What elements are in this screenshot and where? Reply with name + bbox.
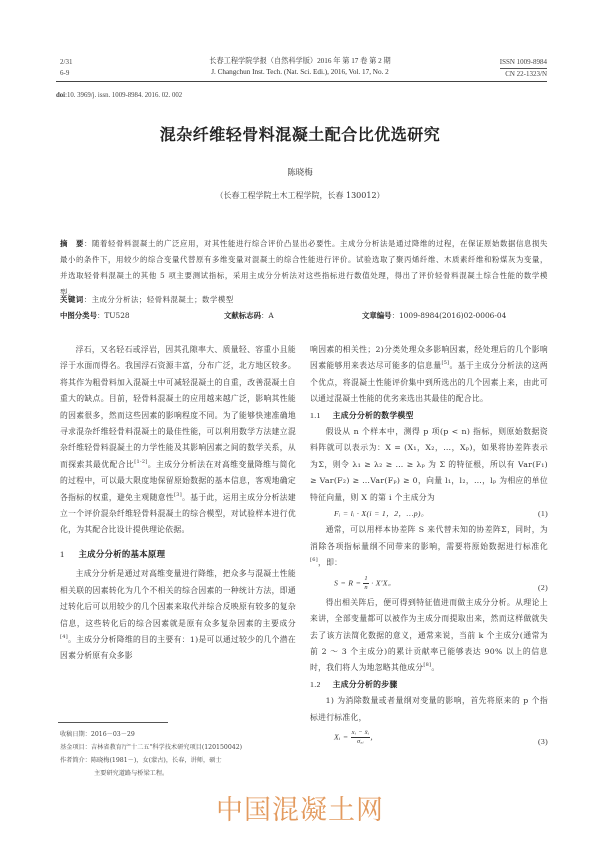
subsection-heading-1-2: 1.2主成分分析的步骤 xyxy=(310,677,548,693)
section1-paragraph: 主成分分析是通过对高维变量进行降维，把众多与混凝土性能相关联的因素转化为几个不相… xyxy=(60,566,296,664)
keywords-label: 关键词 xyxy=(60,295,84,304)
body-column-left: 浮石，又名轻石或浮岩，因其孔隙率大、质量轻、容重小且能浮于水面而得名。我国浮石资… xyxy=(60,342,296,665)
equation-body: Fᵢ = lᵢ · X(i = 1，2，…p)。 xyxy=(334,509,429,518)
clc-label: 中图分类号 xyxy=(60,311,97,320)
citation: [1-2] xyxy=(134,459,147,465)
paragraph-text: 1) 为消除数量或者量纲对变量的影响，首先将原来的 p 个指标进行标准化， xyxy=(310,696,548,721)
paragraph-text: 通常，可以用样本协差阵 S 来代替未知的协差阵Σ，同时，为消除各项指标量纲不同带… xyxy=(310,525,548,550)
keywords: 关键词：主成分分析法；轻骨料混凝土；数学模型 xyxy=(60,294,548,305)
header-page-codes: 2/31 6-9 xyxy=(60,57,72,79)
clc-value: ：TU528 xyxy=(97,311,130,320)
paragraph: 1) 为消除数量或者量纲对变量的影响，首先将原来的 p 个指标进行标准化， xyxy=(310,693,548,726)
clc-number: 中图分类号：TU528 xyxy=(60,310,130,321)
equation-rhs: ， xyxy=(370,732,378,741)
equation-rhs: · X′X。 xyxy=(369,578,396,587)
paragraph-text: 。 xyxy=(431,663,439,672)
header-code-1: 2/31 xyxy=(60,57,72,68)
author-name: 陈晓梅 xyxy=(0,166,600,178)
author-bio-continued: 主要研究道路与桥梁工程。 xyxy=(60,767,300,780)
author-affiliation: （长春工程学院土木工程学院，长春 130012） xyxy=(0,190,600,201)
equation-lhs: S = R = xyxy=(334,578,363,587)
author-bio: 作者简介：陈晓梅(1981－)，女(蒙古)，长春，讲师，硕士 xyxy=(60,754,300,767)
doc-code-value: ：A xyxy=(261,311,274,320)
journal-name-en: J. Changchun Inst. Tech. (Nat. Sci. Edi.… xyxy=(150,67,450,78)
equation-2: S = R = 1n · X′X。(2) xyxy=(310,575,548,592)
received-date: 收稿日期：2016－03－29 xyxy=(60,728,300,741)
doi-value: :10. 3969/j. issn. 1009-8984. 2016. 02. … xyxy=(65,92,182,99)
section1-text-a: 主成分分析是通过对高维变量进行降维，把众多与混凝土性能相关联的因素转化为几个不相… xyxy=(60,569,296,627)
paragraph-text: 假设从 n 个样本中，测得 p 项(p < n) 指标，则原始数据资料阵就可以表… xyxy=(310,427,548,502)
abstract: 摘 要：随着轻骨料混凝土的广泛应用，对其性能进行综合评价凸显出必要性。主成分分析… xyxy=(60,236,548,301)
equation-1: Fᵢ = lᵢ · X(i = 1，2，…p)。(1) xyxy=(310,506,548,522)
intro-text-a: 浮石，又名轻石或浮岩，因其孔隙率大、质量轻、容重小且能浮于水面而得名。我国浮石资… xyxy=(60,345,296,469)
numerator: xᵢ − x̄ᵢ xyxy=(351,729,371,738)
header-divider xyxy=(56,81,547,82)
denominator: σₓᵢ xyxy=(351,738,371,746)
citation: [3] xyxy=(174,492,182,498)
subsection-title: 主成分分析的数学模型 xyxy=(333,411,414,420)
doi-line: doi:10. 3969/j. issn. 1009-8984. 2016. 0… xyxy=(56,92,182,99)
section-title: 主成分分析的基本原理 xyxy=(79,549,166,559)
journal-name-cn: 长春工程学院学报（自然科学版）2016 年 第 17 卷 第 2 期 xyxy=(150,56,450,67)
subsection-number: 1.2 xyxy=(310,680,321,689)
abstract-label: 摘 要 xyxy=(60,239,84,248)
article-no-label: 文章编号 xyxy=(362,311,392,320)
paragraph: 响因素的相关性；2)分类处理众多影响因素，经处理后的几个影响因素能够用来表达尽可… xyxy=(310,342,548,408)
paragraph: 得出相关阵后，便可得到特征值进而做主成分分析。从理论上来讲，全部变量都可以被作为… xyxy=(310,595,548,677)
fund-project: 基金项目：吉林省教育厅"十二五"科学技术研究项目(120150042) xyxy=(60,741,300,754)
watermark: 中国混凝土网 xyxy=(0,788,600,827)
subsection-number: 1.1 xyxy=(310,411,321,420)
paragraph: 假设从 n 个样本中，测得 p 项(p < n) 指标，则原始数据资料阵就可以表… xyxy=(310,424,548,506)
equation-lhs: Xᵢ = xyxy=(334,732,351,741)
doi-label: doi xyxy=(56,92,65,99)
cn-number: CN 22-1323/N xyxy=(455,69,547,80)
paper-title: 混杂纤维轻骨料混凝土配合比优选研究 xyxy=(0,122,600,145)
section-number: 1 xyxy=(60,550,65,559)
paragraph: 通常，可以用样本协差阵 S 来代替未知的协差阵Σ，同时，为消除各项指标量纲不同带… xyxy=(310,522,548,571)
doc-code-label: 文献标志码 xyxy=(224,311,261,320)
keywords-text: ：主成分分析法；轻骨料混凝土；数学模型 xyxy=(84,295,234,304)
header-code-2: 6-9 xyxy=(60,68,72,79)
footnotes: 收稿日期：2016－03－29 基金项目：吉林省教育厅"十二五"科学技术研究项目… xyxy=(60,728,300,780)
equation-3: Xᵢ = xᵢ − x̄ᵢσₓᵢ，(3) xyxy=(310,729,548,746)
intro-paragraph: 浮石，又名轻石或浮岩，因其孔隙率大、质量轻、容重小且能浮于水面而得名。我国浮石资… xyxy=(60,342,296,539)
document-code: 文献标志码：A xyxy=(224,310,274,321)
fraction: xᵢ − x̄ᵢσₓᵢ xyxy=(351,729,371,746)
article-number: 文章编号：1009-8984(2016)02-0006-04 xyxy=(362,310,506,321)
body-column-right: 响因素的相关性；2)分类处理众多影响因素，经处理后的几个影响因素能够用来表达尽可… xyxy=(310,342,548,746)
paragraph-text: ，即： xyxy=(318,558,342,567)
journal-header: 长春工程学院学报（自然科学版）2016 年 第 17 卷 第 2 期 J. Ch… xyxy=(150,56,450,78)
subsection-title: 主成分分析的步骤 xyxy=(333,680,398,689)
citation: [6] xyxy=(310,557,318,563)
citation: [4] xyxy=(60,634,68,640)
section1-text-b: 。主成分分析降维的目的主要有：1)是可以通过较少的几个潜在因素分析原有众多影 xyxy=(60,635,296,660)
abstract-text: ：随着轻骨料混凝土的广泛应用，对其性能进行综合评价凸显出必要性。主成分分析法是通… xyxy=(60,239,548,297)
section-heading-1: 1主成分分析的基本原理 xyxy=(60,546,296,563)
article-no-value: ：1009-8984(2016)02-0006-04 xyxy=(392,311,507,320)
journal-ids: ISSN 1009-8984 CN 22-1323/N xyxy=(455,57,547,80)
subsection-heading-1-1: 1.1主成分分析的数学模型 xyxy=(310,408,548,424)
equation-number: (2) xyxy=(538,580,548,596)
equation-number: (3) xyxy=(538,734,548,750)
equation-number: (1) xyxy=(538,506,548,522)
issn: ISSN 1009-8984 xyxy=(500,57,547,69)
footnote-divider xyxy=(58,722,168,723)
